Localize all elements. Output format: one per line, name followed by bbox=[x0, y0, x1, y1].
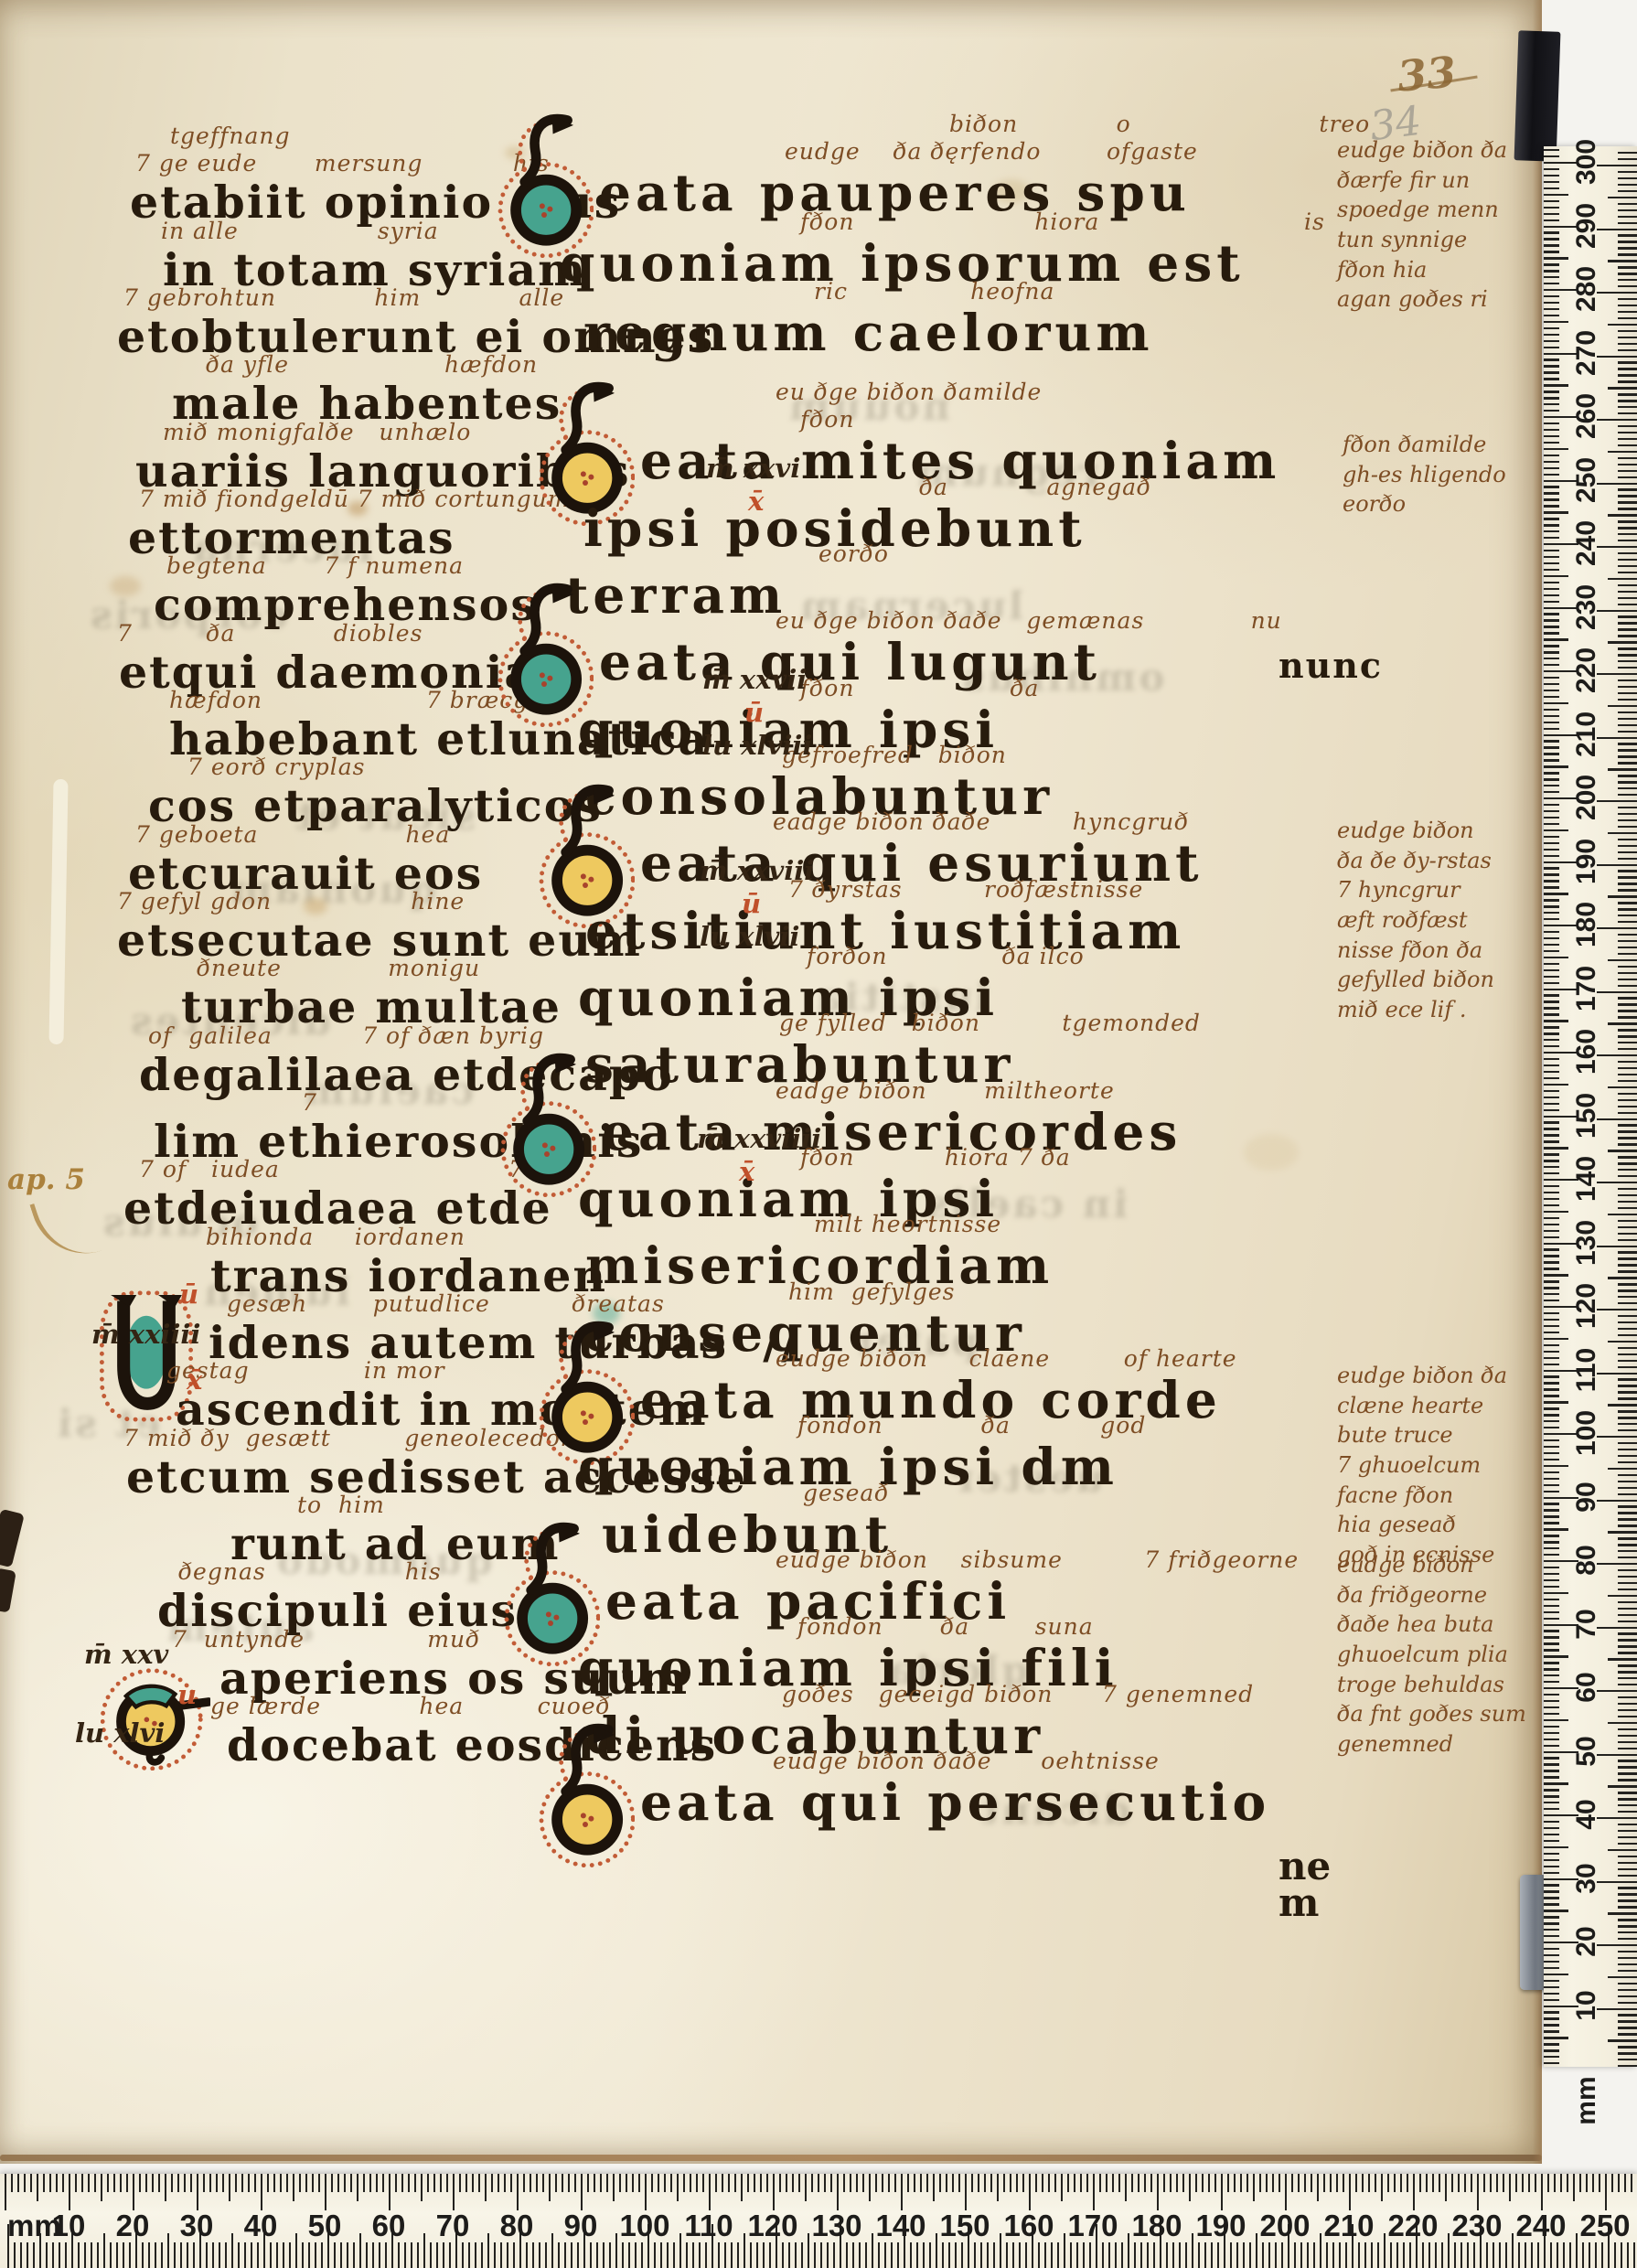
ruler-tick bbox=[1544, 575, 1568, 577]
ruler-tick bbox=[1544, 1446, 1559, 1448]
ruler-tick bbox=[430, 2242, 432, 2268]
ruler-tick bbox=[1618, 2014, 1637, 2016]
ruler-tick bbox=[1544, 880, 1559, 882]
ruler-tick bbox=[961, 2242, 963, 2268]
ruler-number: 170 bbox=[1067, 2209, 1118, 2243]
ruler-tick bbox=[1544, 244, 1559, 246]
ruler-tick bbox=[737, 2242, 739, 2268]
ruler-tick bbox=[110, 2242, 112, 2268]
ruler-tick bbox=[5, 2174, 6, 2210]
ruler-tick bbox=[901, 2174, 903, 2210]
ruler-tick bbox=[1003, 2174, 1005, 2192]
ruler-tick bbox=[1317, 2174, 1319, 2201]
ruler-tick bbox=[1544, 358, 1559, 360]
ruler-tick bbox=[1618, 1188, 1637, 1190]
ruler-tick bbox=[1544, 1509, 1559, 1511]
ruler-tick bbox=[1208, 2174, 1210, 2192]
ruler-tick bbox=[1544, 1738, 1559, 1740]
ruler-tick bbox=[993, 2242, 995, 2268]
underlying-page-sliver bbox=[48, 779, 68, 1044]
ruler-tick bbox=[1618, 1156, 1637, 1158]
ruler-tick bbox=[1544, 823, 1559, 825]
ruler-tick bbox=[1240, 2174, 1242, 2192]
ruler-tick bbox=[1544, 715, 1559, 717]
ruler-tick bbox=[1618, 743, 1637, 744]
ruler-tick bbox=[340, 2242, 342, 2268]
ruler-number: 50 bbox=[1560, 1725, 1613, 1778]
ruler-tick bbox=[1544, 963, 1559, 965]
ruler-tick bbox=[1618, 1124, 1637, 1126]
interlinear-gloss-line: biðon o treo bbox=[949, 112, 1370, 135]
ruler-tick bbox=[1544, 842, 1559, 844]
ruler-tick bbox=[398, 2242, 400, 2268]
ruler-tick bbox=[1544, 1211, 1568, 1213]
ruler-number: 200 bbox=[1259, 2209, 1310, 2243]
ruler-tick bbox=[1343, 2174, 1344, 2192]
ruler-tick bbox=[1608, 324, 1637, 326]
ruler-tick bbox=[1544, 588, 1559, 590]
ruler-tick bbox=[248, 2174, 250, 2192]
ruler-tick bbox=[203, 2174, 205, 2192]
ruler-tick bbox=[1544, 1872, 1559, 1874]
ruler-tick bbox=[1544, 1134, 1559, 1136]
ruler-tick bbox=[1544, 2049, 1559, 2051]
canon-number-note: lu xlvii bbox=[700, 921, 799, 952]
canon-number-note: m̄ xxviii bbox=[700, 855, 814, 886]
ruler-tick bbox=[1618, 1283, 1637, 1285]
ruler-tick bbox=[145, 2174, 147, 2192]
ruler-tick bbox=[1505, 2242, 1507, 2268]
ruler-tick bbox=[1618, 266, 1637, 268]
ruler-tick bbox=[1618, 1003, 1637, 1005]
ruler-tick bbox=[39, 2233, 41, 2268]
ruler-number: 220 bbox=[1560, 644, 1613, 697]
ruler-tick bbox=[795, 2242, 797, 2268]
ruler-tick bbox=[33, 2242, 35, 2268]
ruler-tick bbox=[1544, 474, 1559, 476]
ruler-tick bbox=[1618, 699, 1637, 701]
ruler-tick bbox=[1544, 302, 1559, 304]
canon-number-note: m̄ xxiiii bbox=[91, 1319, 200, 1350]
ruler-tick bbox=[1400, 2174, 1402, 2192]
ruler-tick bbox=[1544, 467, 1559, 469]
ruler-tick bbox=[551, 2233, 553, 2268]
ruler-tick bbox=[1490, 2174, 1492, 2192]
ruler-tick bbox=[1375, 2174, 1376, 2192]
ruler-tick bbox=[1544, 2056, 1559, 2058]
ruler-tick bbox=[792, 2174, 794, 2192]
ruler-tick bbox=[1618, 1512, 1637, 1514]
ruler-tick bbox=[596, 2242, 598, 2268]
ruler-tick bbox=[1279, 2174, 1280, 2192]
ruler-tick bbox=[1608, 197, 1637, 198]
ruler-tick bbox=[1618, 647, 1637, 649]
ruler-tick bbox=[1618, 1951, 1637, 1952]
ruler-tick bbox=[1544, 442, 1559, 444]
ruler-tick bbox=[1368, 2174, 1370, 2192]
ruler-tick bbox=[219, 2242, 220, 2268]
ruler-tick bbox=[990, 2174, 992, 2192]
ruler-tick bbox=[645, 2174, 647, 2210]
ruler-tick bbox=[487, 2233, 489, 2268]
ruler-tick bbox=[1185, 2242, 1187, 2268]
ruler-tick bbox=[1618, 1239, 1637, 1241]
ruler-tick bbox=[24, 2174, 26, 2192]
ruler-tick bbox=[1618, 1887, 1637, 1888]
ruler-tick bbox=[357, 2174, 358, 2201]
ruler-tick bbox=[126, 2174, 128, 2192]
ruler-tick bbox=[1544, 2030, 1559, 2032]
ruler-tick bbox=[1544, 1147, 1568, 1149]
ruler-tick bbox=[1176, 2174, 1178, 2192]
ruler-tick bbox=[1544, 295, 1559, 297]
ruler-tick bbox=[568, 2174, 570, 2192]
ruler-tick bbox=[1477, 2174, 1479, 2210]
ruler-tick bbox=[1618, 520, 1637, 522]
ruler-tick bbox=[1544, 772, 1559, 774]
ruler-tick bbox=[1608, 2039, 1637, 2041]
ruler-tick bbox=[1108, 2242, 1110, 2268]
canon-number-note: ū bbox=[744, 697, 764, 728]
ruler-tick bbox=[1544, 1084, 1568, 1086]
ruler-tick bbox=[958, 2174, 960, 2192]
ruler-tick bbox=[542, 2174, 544, 2192]
ruler-tick bbox=[1268, 2242, 1270, 2268]
ruler-tick bbox=[1544, 944, 1559, 946]
ruler-tick bbox=[276, 2242, 278, 2268]
ruler-tick bbox=[1544, 1726, 1559, 1728]
ruler-tick bbox=[1544, 1649, 1559, 1651]
ruler-tick bbox=[1618, 1289, 1637, 1291]
ruler-tick bbox=[1618, 1391, 1637, 1393]
ruler-tick bbox=[1618, 654, 1637, 656]
ruler-tick bbox=[1163, 2174, 1165, 2192]
canon-number-note: m̄ xxv bbox=[84, 1639, 168, 1670]
ruler-tick bbox=[984, 2174, 986, 2192]
ruler-tick bbox=[1300, 2242, 1302, 2268]
ruler-tick bbox=[1618, 979, 1637, 980]
ruler-tick bbox=[1618, 679, 1637, 681]
interlinear-gloss-line: 7 mið fiondgeldū 7 mið cortungum bbox=[139, 487, 570, 510]
ruler-tick bbox=[1618, 279, 1637, 281]
ruler-tick bbox=[1172, 2242, 1174, 2268]
ruler-tick bbox=[609, 2242, 611, 2268]
ruler-tick bbox=[1544, 1859, 1559, 1861]
ruler-tick bbox=[1618, 1429, 1637, 1431]
ruler-tick bbox=[715, 2174, 717, 2192]
ruler-number: 10 bbox=[52, 2209, 86, 2243]
ruler-tick bbox=[1544, 1535, 1559, 1536]
ruler-tick bbox=[1544, 1261, 1559, 1263]
ruler-tick bbox=[638, 2174, 640, 2192]
ruler-tick bbox=[1339, 2242, 1341, 2268]
interlinear-gloss-line: hæfdon 7 bræcge bbox=[169, 689, 543, 711]
ruler-tick bbox=[1544, 251, 1559, 252]
ruler-tick bbox=[632, 2174, 634, 2192]
ruler-tick bbox=[1259, 2174, 1261, 2192]
interlinear-gloss-line: fðon hiora 7 ða bbox=[800, 1146, 1071, 1169]
ruler-tick bbox=[1618, 660, 1637, 662]
ruler-tick bbox=[1544, 194, 1568, 196]
ruler-tick bbox=[1618, 1207, 1637, 1209]
ruler-tick bbox=[1618, 1518, 1637, 1520]
ruler-tick bbox=[84, 2242, 86, 2268]
ruler-tick bbox=[459, 2174, 461, 2192]
ruler-tick bbox=[56, 2174, 58, 2192]
ruler-tick bbox=[1618, 1652, 1637, 1653]
ruler-number: 40 bbox=[1560, 1788, 1613, 1841]
ruler-tick bbox=[1544, 1903, 1559, 1905]
ruler-tick bbox=[1618, 997, 1637, 999]
ruler-tick bbox=[1608, 578, 1637, 580]
ruler-tick bbox=[1618, 1772, 1637, 1774]
ruler-tick bbox=[372, 2242, 374, 2268]
ruler-tick bbox=[347, 2242, 348, 2268]
ruler-tick bbox=[216, 2174, 218, 2192]
interlinear-gloss-line: eadge biðon miltheorte bbox=[776, 1079, 1115, 1102]
ruler-tick bbox=[1618, 1251, 1637, 1253]
ruler-tick bbox=[1544, 1414, 1559, 1416]
ruler-number: 180 bbox=[1560, 898, 1613, 951]
ruler-tick bbox=[1618, 1938, 1637, 1940]
ruler-tick bbox=[1544, 1332, 1559, 1333]
ruler-tick bbox=[1544, 200, 1559, 202]
ruler-tick bbox=[1618, 1798, 1637, 1800]
ruler-tick bbox=[814, 2242, 816, 2268]
ruler-tick bbox=[1086, 2174, 1088, 2192]
ruler-tick bbox=[916, 2242, 918, 2268]
ruler-number: 150 bbox=[1560, 1089, 1613, 1142]
ruler-tick bbox=[677, 2174, 679, 2201]
ruler-number: 10 bbox=[1560, 1979, 1613, 2032]
ruler-tick bbox=[1544, 810, 1559, 812]
ruler-tick bbox=[1544, 1375, 1559, 1377]
ruler-number: 20 bbox=[1560, 1915, 1613, 1968]
ruler-tick bbox=[1544, 1020, 1568, 1022]
ruler-tick bbox=[530, 2174, 531, 2192]
ruler-tick bbox=[65, 2242, 67, 2268]
ruler-tick bbox=[1544, 1929, 1559, 1931]
ruler-tick bbox=[1627, 2242, 1629, 2268]
ruler-tick bbox=[1618, 1931, 1637, 1933]
ruler-tick bbox=[1618, 368, 1637, 369]
ruler-tick bbox=[1618, 1696, 1637, 1698]
ruler-tick bbox=[1394, 2174, 1396, 2192]
ruler-tick bbox=[1547, 2174, 1549, 2192]
ruler-tick bbox=[1618, 438, 1637, 440]
ruler-tick bbox=[1234, 2174, 1236, 2192]
ruler-tick bbox=[1544, 1382, 1559, 1384]
decorated-initial bbox=[536, 1722, 635, 1872]
ruler-tick bbox=[1611, 2174, 1613, 2192]
ruler-tick bbox=[321, 2242, 323, 2268]
canon-number-note: lu xlviii bbox=[702, 730, 812, 761]
ruler-tick bbox=[788, 2242, 790, 2268]
ruler-tick bbox=[14, 2242, 16, 2268]
ruler-tick bbox=[1618, 1677, 1637, 1679]
ruler-tick bbox=[1576, 2233, 1578, 2268]
ruler-number: 270 bbox=[1560, 326, 1613, 380]
ruler-tick bbox=[1618, 1537, 1637, 1539]
interlinear-gloss-line: to him bbox=[297, 1493, 385, 1516]
ruler-tick bbox=[180, 2242, 182, 2268]
ruler-tick bbox=[1544, 785, 1559, 786]
ruler-tick bbox=[1544, 1853, 1559, 1855]
ruler-tick bbox=[1544, 746, 1559, 748]
interlinear-gloss-line: forðon ða ilco bbox=[807, 945, 1085, 968]
ruler-tick bbox=[1544, 1484, 1559, 1486]
ruler-tick bbox=[1428, 2242, 1430, 2268]
ruler-tick bbox=[1189, 2174, 1191, 2201]
ruler-tick bbox=[581, 2174, 583, 2210]
ruler-tick bbox=[1618, 572, 1637, 573]
ruler-tick bbox=[1544, 569, 1559, 571]
ruler-tick bbox=[1544, 511, 1568, 513]
ruler-tick bbox=[536, 2174, 538, 2192]
ruler-tick bbox=[731, 2242, 733, 2268]
ruler-tick bbox=[414, 2174, 416, 2192]
ruler-tick bbox=[667, 2242, 669, 2268]
ruler-number: 40 bbox=[244, 2209, 278, 2243]
ruler-number: 250 bbox=[1560, 454, 1613, 507]
ruler-tick bbox=[1138, 2174, 1139, 2192]
ruler-tick bbox=[1618, 565, 1637, 567]
ruler-tick bbox=[235, 2174, 237, 2192]
ruler-tick bbox=[1253, 2174, 1255, 2201]
ruler-tick bbox=[1544, 1103, 1559, 1105]
ruler-tick bbox=[1618, 1321, 1637, 1323]
ruler-tick bbox=[238, 2242, 240, 2268]
ruler-tick bbox=[942, 2242, 944, 2268]
ruler-tick bbox=[1115, 2242, 1117, 2268]
ruler-tick bbox=[1262, 2242, 1264, 2268]
ruler-tick bbox=[1618, 273, 1637, 274]
ruler-tick bbox=[1528, 2174, 1530, 2192]
ruler-tick bbox=[1618, 1360, 1637, 1362]
ruler-tick bbox=[1618, 1042, 1637, 1043]
ruler-tick bbox=[763, 2242, 765, 2268]
ruler-tick bbox=[1601, 2242, 1603, 2268]
ruler-tick bbox=[1544, 849, 1559, 850]
ruler-tick bbox=[155, 2242, 156, 2268]
ruler-tick bbox=[615, 2233, 617, 2268]
cut-letter-fragment bbox=[0, 1567, 16, 1612]
ruler-tick bbox=[1544, 619, 1559, 621]
ruler-tick bbox=[1618, 902, 1637, 904]
ruler-tick bbox=[1618, 1035, 1637, 1037]
ruler-tick bbox=[1544, 1719, 1568, 1721]
ruler-tick bbox=[1544, 1713, 1559, 1715]
ruler-number: 240 bbox=[1515, 2209, 1566, 2243]
ruler-tick bbox=[1608, 832, 1637, 834]
ruler-tick bbox=[679, 2233, 681, 2268]
interlinear-gloss-line: 7 gebrohtun him alle bbox=[123, 286, 564, 309]
ruler-tick bbox=[1618, 1093, 1637, 1095]
ruler-tick bbox=[478, 2174, 480, 2192]
ruler-number: 190 bbox=[1560, 835, 1613, 888]
ruler-tick bbox=[37, 2174, 38, 2201]
ruler-tick bbox=[325, 2174, 326, 2210]
ruler-tick bbox=[673, 2242, 675, 2268]
ruler-tick bbox=[1618, 749, 1637, 751]
ruler-tick bbox=[1618, 393, 1637, 395]
ruler-tick bbox=[1544, 263, 1559, 265]
ruler-tick bbox=[1618, 1957, 1637, 1959]
interlinear-gloss-line: begtena 7 f numena bbox=[166, 554, 464, 577]
ruler-tick bbox=[1618, 1608, 1637, 1610]
ruler-tick bbox=[1332, 2242, 1334, 2268]
ruler-tick bbox=[1544, 1706, 1559, 1708]
ruler-tick bbox=[1387, 2174, 1389, 2192]
ruler-tick bbox=[1544, 149, 1559, 151]
ruler-tick bbox=[1618, 1334, 1637, 1336]
ruler-tick bbox=[1618, 1601, 1637, 1603]
ruler-tick bbox=[318, 2174, 320, 2192]
ruler-tick bbox=[1544, 219, 1559, 221]
ruler-tick bbox=[1544, 1999, 1559, 2001]
ruler-tick bbox=[1618, 1983, 1637, 1984]
ruler-tick bbox=[1544, 664, 1559, 666]
ruler-tick bbox=[833, 2242, 835, 2268]
ruler-tick bbox=[193, 2242, 195, 2268]
ruler-tick bbox=[1010, 2174, 1011, 2192]
ruler-tick bbox=[1608, 959, 1637, 961]
ruler-tick bbox=[1544, 931, 1559, 933]
ruler-tick bbox=[1439, 2174, 1440, 2192]
ruler-tick bbox=[897, 2242, 899, 2268]
ruler-tick bbox=[62, 2174, 64, 2192]
ruler-tick bbox=[564, 2242, 566, 2268]
interlinear-gloss-line: him gefylges bbox=[788, 1280, 956, 1303]
ruler-tick bbox=[1275, 2242, 1277, 2268]
ruler-tick bbox=[1064, 2233, 1065, 2268]
interlinear-gloss-line: ðneute monigu bbox=[197, 957, 480, 979]
ruler-tick bbox=[1544, 1420, 1559, 1422]
ruler-tick bbox=[1294, 2242, 1296, 2268]
ruler-tick bbox=[728, 2174, 730, 2192]
ruler-tick bbox=[1544, 829, 1568, 831]
ruler-tick bbox=[148, 2242, 150, 2268]
ruler-number: 100 bbox=[619, 2209, 669, 2243]
ruler-tick bbox=[1544, 1795, 1559, 1797]
ruler-tick bbox=[1544, 308, 1559, 310]
ruler-tick bbox=[1285, 2174, 1287, 2210]
ruler-tick bbox=[1544, 1153, 1559, 1155]
ruler-tick bbox=[1544, 1204, 1559, 1206]
ruler-tick bbox=[1618, 858, 1637, 860]
interlinear-gloss-line: 7 ðyrstas roðfæstnisse bbox=[788, 878, 1143, 901]
ruler-tick bbox=[1624, 2174, 1626, 2192]
ruler-tick bbox=[1618, 425, 1637, 427]
ruler-tick bbox=[1544, 1090, 1559, 1092]
ruler-tick bbox=[1544, 429, 1559, 431]
ruler-tick bbox=[1618, 940, 1637, 942]
ruler-tick bbox=[411, 2242, 412, 2268]
ruler-number: 160 bbox=[1003, 2209, 1054, 2243]
ruler-tick bbox=[1618, 285, 1637, 287]
ruler-tick bbox=[1618, 216, 1637, 218]
ruler-tick bbox=[1544, 1840, 1559, 1842]
interlinear-gloss-line: ðegnas his bbox=[178, 1560, 442, 1583]
ruler-tick bbox=[1544, 1884, 1559, 1886]
ruler-tick bbox=[1112, 2174, 1114, 2192]
ruler-tick bbox=[1057, 2242, 1059, 2268]
ruler-tick bbox=[1618, 1106, 1637, 1107]
ruler-tick bbox=[1618, 1995, 1637, 1997]
ruler-tick bbox=[443, 2242, 444, 2268]
ruler-tick bbox=[1544, 397, 1559, 399]
ruler-tick bbox=[1618, 1169, 1637, 1171]
